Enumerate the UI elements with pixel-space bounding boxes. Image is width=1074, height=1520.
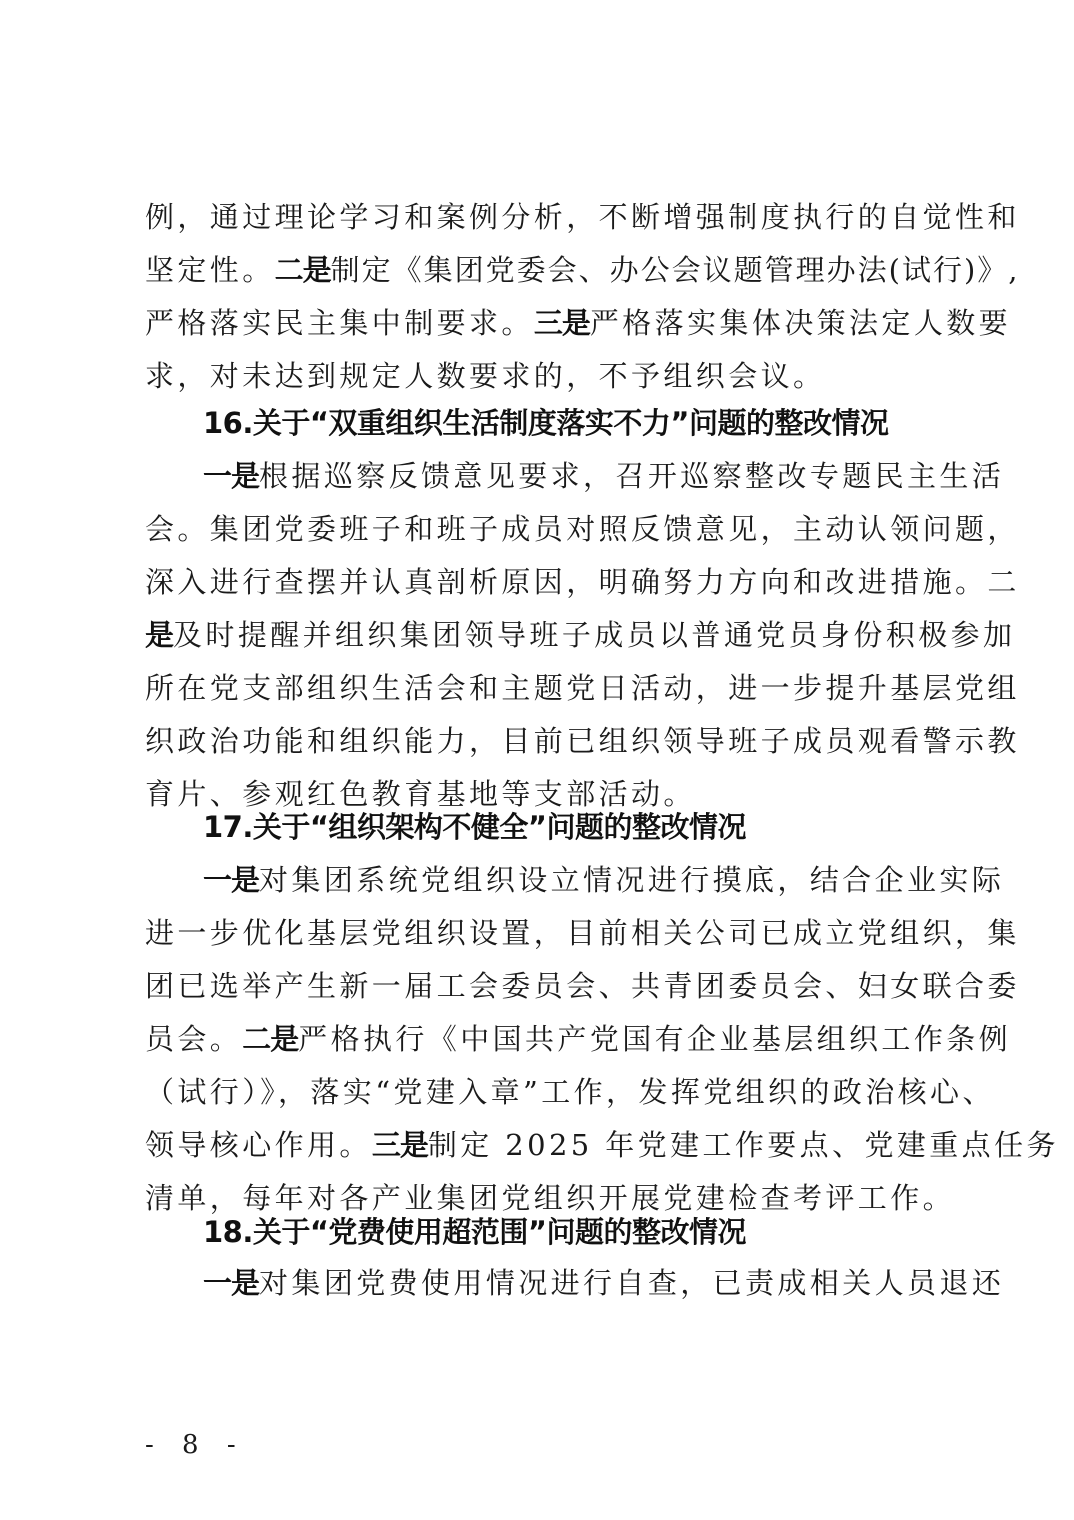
lead-label: 二是 <box>242 1022 298 1056</box>
document-page: 例，通过理论学习和案例分析，不断增强制度执行的自觉性和 坚定性。二是制定《集团党… <box>0 0 1074 1520</box>
lead-label: 二是 <box>275 253 331 287</box>
paragraph-line: 严格落实民主集中制要求。三是严格落实集体决策法定人数要 <box>145 303 945 343</box>
text: 严格执行《中国共产党国有企业基层组织工作条例 <box>298 1022 1011 1056</box>
text: 对集团党费使用情况进行自查，已责成相关人员退还 <box>259 1266 1004 1300</box>
paragraph-line: 一是对集团党费使用情况进行自查，已责成相关人员退还 <box>203 1263 1003 1303</box>
paragraph-line: 一是根据巡察反馈意见要求，召开巡察整改专题民主生活 <box>203 456 1003 496</box>
text: 制定《集团党委会、办公会议题管理办法(试行)》, <box>331 253 1020 287</box>
lead-label: 一是 <box>203 863 259 897</box>
lead-label: 是 <box>145 618 173 652</box>
lead-label: 三是 <box>372 1128 428 1162</box>
paragraph-line: 是及时提醒并组织集团领导班子成员以普通党员身份积极参加 <box>145 615 945 655</box>
text: 严格落实集体决策法定人数要 <box>590 306 1011 340</box>
section-heading-18: 18.关于“党费使用超范围”问题的整改情况 <box>203 1212 746 1252</box>
text: 及时提醒并组织集团领导班子成员以普通党员身份积极参加 <box>173 618 1015 652</box>
lead-label: 一是 <box>203 1266 259 1300</box>
text: 坚定性。 <box>145 253 275 287</box>
paragraph-line: 会。集团党委班子和班子成员对照反馈意见，主动认领问题， <box>145 509 945 549</box>
text: 领导核心作用。 <box>145 1128 372 1162</box>
paragraph-line: 进一步优化基层党组织设置，目前相关公司已成立党组织，集 <box>145 913 945 953</box>
paragraph-line: 深入进行查摆并认真剖析原因，明确努力方向和改进措施。二 <box>145 562 945 602</box>
page-number: - 8 - <box>145 1430 246 1460</box>
lead-label: 三是 <box>534 306 590 340</box>
paragraph-line: 所在党支部组织生活会和主题党日活动，进一步提升基层党组 <box>145 668 945 708</box>
section-heading-17: 17.关于“组织架构不健全”问题的整改情况 <box>203 807 746 847</box>
paragraph-line: 织政治功能和组织能力，目前已组织领导班子成员观看警示教 <box>145 721 945 761</box>
paragraph-line: 领导核心作用。三是制定 2025 年党建工作要点、党建重点任务 <box>145 1125 945 1165</box>
text: 对集团系统党组织设立情况进行摸底，结合企业实际 <box>259 863 1004 897</box>
paragraph-line: 求，对未达到规定人数要求的，不予组织会议。 <box>145 356 945 396</box>
paragraph-line: 坚定性。二是制定《集团党委会、办公会议题管理办法(试行)》, <box>145 250 945 290</box>
paragraph-line: 团已选举产生新一届工会委员会、共青团委员会、妇女联合委 <box>145 966 945 1006</box>
text: 员会。 <box>145 1022 242 1056</box>
text: 严格落实民主集中制要求。 <box>145 306 534 340</box>
section-heading-16: 16.关于“双重组织生活制度落实不力”问题的整改情况 <box>203 403 889 443</box>
paragraph-line: 一是对集团系统党组织设立情况进行摸底，结合企业实际 <box>203 860 1003 900</box>
text: 根据巡察反馈意见要求，召开巡察整改专题民主生活 <box>259 459 1004 493</box>
text: 制定 2025 年党建工作要点、党建重点任务 <box>428 1128 1059 1162</box>
lead-label: 一是 <box>203 459 259 493</box>
paragraph-line: 例，通过理论学习和案例分析，不断增强制度执行的自觉性和 <box>145 197 945 237</box>
paragraph-line: 员会。二是严格执行《中国共产党国有企业基层组织工作条例 <box>145 1019 945 1059</box>
paragraph-line: （试行）》，落实“党建入章”工作，发挥党组织的政治核心、 <box>145 1072 945 1112</box>
